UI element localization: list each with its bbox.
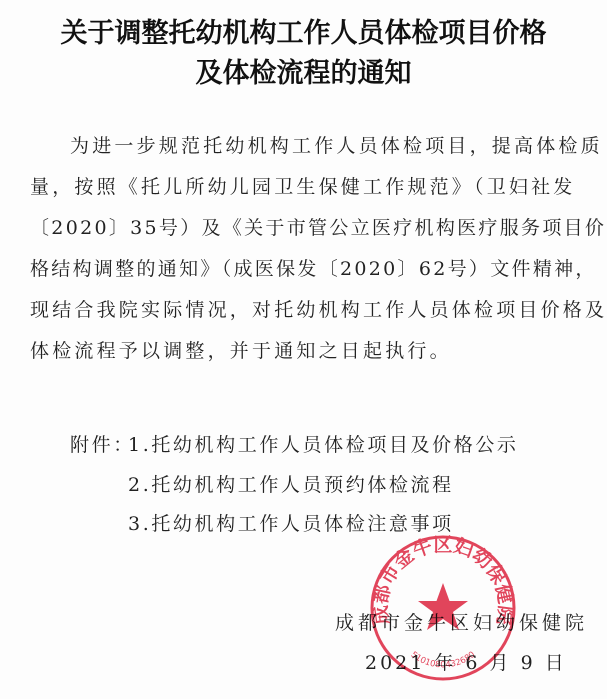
document-title-line-1: 关于调整托幼机构工作人员体检项目价格 xyxy=(0,14,607,54)
attachments-label: 附件： xyxy=(70,432,135,458)
body-line-4: 格结构调整的通知》（成医保发〔2020〕62号）文件精神， xyxy=(30,256,597,282)
attachment-item-1: 1.托幼机构工作人员体检项目及价格公示 xyxy=(128,432,519,458)
stamp-code: 5101080432680 xyxy=(409,650,478,670)
body-line-2: 量，按照《托儿所幼儿园卫生保健工作规范》（卫妇社发 xyxy=(30,174,576,200)
body-line-1: 为进一步规范托幼机构工作人员体检项目，提高体检质 xyxy=(70,133,603,159)
document-title-line-2: 及体检流程的通知 xyxy=(0,54,607,94)
body-line-5: 现结合我院实际情况，对托幼机构工作人员体检项目价格及 xyxy=(30,297,607,323)
body-line-6: 体检流程予以调整，并于通知之日起执行。 xyxy=(30,338,452,364)
body-line-3: 〔2020〕35号）及《关于市管公立医疗机构医疗服务项目价 xyxy=(30,215,606,241)
official-seal-stamp: 成都市金牛区妇幼保健院 5101080432680 xyxy=(368,533,518,683)
star-icon xyxy=(418,583,468,630)
attachment-item-2: 2.托幼机构工作人员预约体检流程 xyxy=(128,472,454,498)
svg-text:5101080432680: 5101080432680 xyxy=(409,650,478,670)
